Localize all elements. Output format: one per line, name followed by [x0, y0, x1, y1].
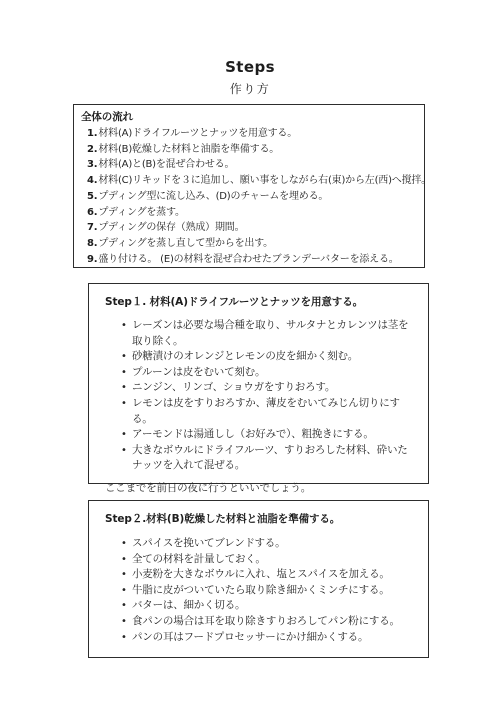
overview-box: 全体の流れ 材料(A)ドライフルーツとナッツを用意する。材料(B)乾燥した材料と… [73, 104, 425, 268]
step1-heading: Step１. 材料(A)ドライフルーツとナッツを用意する。 [105, 294, 418, 310]
step1-bullet-item: 砂糖漬けのオレンジとレモンの皮を細かく刻む。 [119, 349, 418, 365]
step2-bullet-item: パンの耳はフードプロセッサーにかけ細かくする。 [119, 630, 418, 646]
overview-step-item: プディングを蒸す。 [87, 205, 420, 221]
overview-step-item: 材料(A)ドライフルーツとナッツを用意する。 [87, 126, 420, 142]
overview-step-item: プディングを蒸し直して型からを出す。 [87, 236, 420, 252]
overview-heading: 全体の流れ [81, 109, 420, 125]
page-subtitle: 作り方 [0, 80, 500, 97]
step1-box: Step１. 材料(A)ドライフルーツとナッツを用意する。 レーズンは必要な場合… [88, 283, 429, 484]
overview-step-item: 材料(B)乾燥した材料と油脂を準備する。 [87, 142, 420, 158]
overview-steps-list: 材料(A)ドライフルーツとナッツを用意する。材料(B)乾燥した材料と油脂を準備す… [81, 126, 420, 267]
step2-bullet-item: スパイスを挽いてブレンドする。 [119, 536, 418, 552]
overview-step-item: 材料(C)リキッドを３に追加し、願い事をしながら右(東)から左(西)へ撹拌。 [87, 173, 420, 189]
step2-bullet-item: 全ての材料を計量しておく。 [119, 552, 418, 568]
step2-bullet-list: スパイスを挽いてブレンドする。全ての材料を計量しておく。小麦粉を大きなボウルに入… [105, 536, 418, 645]
step1-bullet-item: レーズンは必要な場合種を取り、サルタナとカレンツは茎を 取り除く。 [119, 318, 418, 349]
step2-heading: Step２.材料(B)乾燥した材料と油脂を準備する。 [105, 511, 418, 527]
step1-bullet-list: レーズンは必要な場合種を取り、サルタナとカレンツは茎を 取り除く。砂糖漬けのオレ… [105, 318, 418, 474]
overview-step-item: プディング型に流し込み、(D)のチャームを埋める。 [87, 189, 420, 205]
step2-bullet-item: 食パンの場合は耳を取り除きすりおろしてパン粉にする。 [119, 614, 418, 630]
step1-bullet-item: レモンは皮をすりおろすか、薄皮をむいてみじん切りにする。 [119, 396, 418, 427]
step1-note: ここまでを前日の夜に行うといいでしょう。 [105, 481, 418, 497]
overview-step-item: 材料(A)と(B)を混ぜ合わせる。 [87, 157, 420, 173]
overview-step-item: プディングの保存（熟成）期間。 [87, 220, 420, 236]
step2-bullet-item: 小麦粉を大きなボウルに入れ、塩とスパイスを加える。 [119, 567, 418, 583]
overview-step-item: 盛り付ける。 (E)の材料を混ぜ合わせたブランデーバターを添える。 [87, 252, 420, 268]
page-title: Steps [0, 58, 500, 76]
step2-bullet-item: バターは、細かく切る。 [119, 598, 418, 614]
step2-bullet-item: 牛脂に皮がついていたら取り除き細かくミンチにする。 [119, 583, 418, 599]
step1-bullet-item: プルーンは皮をむいて刻む。 [119, 365, 418, 381]
step1-bullet-item: 大きなボウルにドライフルーツ、すりおろした材料、砕いた ナッツを入れて混ぜる。 [119, 443, 418, 474]
step2-box: Step２.材料(B)乾燥した材料と油脂を準備する。 スパイスを挽いてブレンドす… [88, 500, 429, 658]
step1-bullet-item: アーモンドは湯通しし（お好みで）、粗挽きにする。 [119, 427, 418, 443]
step1-bullet-item: ニンジン、リンゴ、ショウガをすりおろす。 [119, 380, 418, 396]
